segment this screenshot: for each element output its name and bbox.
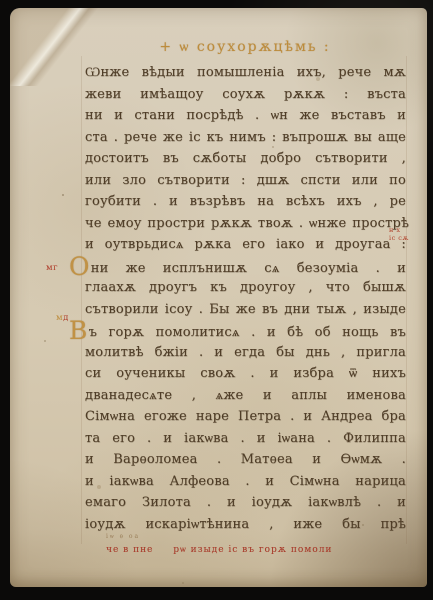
margin-lection-note: н х іс сѫ <box>389 227 409 242</box>
text-line-content: іоудѫ искаріѡтѣнина , иже бы прѣ <box>85 517 406 532</box>
text-line: ни и стани посрѣдѣ . ѡн же въставъ и <box>85 105 406 127</box>
text-line: че емоу простри рѫкѫ твоѫ . ѡнже прострѣ <box>85 213 406 235</box>
text-line: или зло сътворити : дшѫ спсти или по <box>85 170 406 192</box>
section-number-red: д <box>63 313 69 323</box>
text-line-content: и оутврьдисѧ рѫка его іако и дроугаа : <box>85 237 406 252</box>
text-line: Сімѡна егоже наре Петра . и Андреа бра <box>85 406 406 428</box>
margin-section-number: мг <box>46 264 58 272</box>
section-number-text: мг <box>46 263 58 273</box>
rubric-incipit: рѡ изыде іс въ горѫ помоли <box>173 544 332 555</box>
text-line: іоудѫ искаріѡтѣнина , иже бы прѣ <box>85 514 406 536</box>
text-line: и оутврьдисѧ рѫка его іако и дроугаа : <box>85 234 406 256</box>
text-line-content: ни же исплънишѫ сѧ безоуміа . и <box>91 261 406 276</box>
text-line: сътворили ісоу . Бы же въ дни тыѫ , изыд… <box>85 299 406 321</box>
text-line-content: достоитъ въ сѫботы добро сътворити , <box>85 151 406 166</box>
text-line-content: и Варѳоломеа . Матѳеа и Ѳѡмѫ . <box>85 452 406 467</box>
text-line-content: сътворили ісоу . Бы же въ дни тыѫ , изыд… <box>85 302 406 317</box>
text-line: Въ горѫ помолитисѧ . и бѣ об нощь въ <box>85 320 406 342</box>
text-line-content: ни и стани посрѣдѣ . ѡн же въставъ и <box>85 108 406 123</box>
text-line: и іакѡва Алфеова . и Сімѡна нарица <box>85 471 406 493</box>
text-line-content: или зло сътворити : дшѫ спсти или по <box>85 173 406 188</box>
text-line: и Варѳоломеа . Матѳеа и Ѳѡмѫ . <box>85 449 406 471</box>
text-line: емаго Зилота . и іоудѫ іакѡвлѣ . и <box>85 492 406 514</box>
text-line-content: емаго Зилота . и іоудѫ іакѡвлѣ . и <box>85 495 406 510</box>
parchment-stain <box>62 194 64 196</box>
illuminated-initial: В <box>69 316 88 345</box>
ruling-line-left <box>81 56 82 544</box>
rubric-note: че в пне рѡ изыде іс въ горѫ помоли <box>106 544 332 555</box>
text-line: гоубити . и възрѣвъ на всѣхъ ихъ , ре <box>85 191 406 213</box>
text-line-content: ста . рече же іс къ нимъ : въпрошѫ вы ащ… <box>85 130 406 145</box>
text-line-content: и іакѡва Алфеова . и Сімѡна нарица <box>85 474 406 489</box>
text-line-content: молитвѣ бжіи . и егда бы днь , пригла <box>85 345 406 360</box>
text-line-content: си оученикы своѫ . и избра ѿ нихъ <box>85 366 406 381</box>
rubric-lection: че в пне <box>106 545 153 555</box>
text-line-content: Ѡнже вѣдыи помышленіа ихъ, рече мѫ <box>85 65 406 80</box>
text-line: Ѡнже вѣдыи помышленіа ихъ, рече мѫ <box>85 62 406 84</box>
lection-note-line: іс сѫ <box>389 235 409 243</box>
text-line: молитвѣ бжіи . и егда бы днь , пригла <box>85 342 406 364</box>
text-line: достоитъ въ сѫботы добро сътворити , <box>85 148 406 170</box>
text-line: ста . рече же іс къ нимъ : въпрошѫ вы ащ… <box>85 127 406 149</box>
text-line-content: Сімѡна егоже наре Петра . и Андреа бра <box>85 409 406 424</box>
text-line: Они же исплънишѫ сѧ безоуміа . и <box>85 256 406 278</box>
manuscript-photo: + ѡ соухорѫцѣмь : Ѡнже вѣдыи помышленіа … <box>0 0 433 600</box>
interlinear-gloss: іѡ ѳ оа <box>106 533 140 540</box>
text-line-content: жеви имѣащоу соухѫ рѫкѫ : въста <box>85 87 406 102</box>
text-line-content: гоубити . и възрѣвъ на всѣхъ ихъ , ре <box>85 194 406 209</box>
margin-section-number: мд <box>56 314 69 322</box>
text-line: жеви имѣащоу соухѫ рѫкѫ : въста <box>85 84 406 106</box>
page-heading: + ѡ соухорѫцѣмь : <box>85 39 405 56</box>
text-line-content: глаахѫ дроугъ къ дроугоу , что бышѫ <box>85 280 406 295</box>
text-block: Ѡнже вѣдыи помышленіа ихъ, рече мѫ жеви … <box>85 62 406 535</box>
text-line-content: дванадесѧте , ѧже и аплы именова <box>85 388 406 403</box>
text-line: та его . и іакѡва . и іѡана . Филиппа <box>85 428 406 450</box>
ruling-line-right <box>406 56 407 544</box>
text-line-content: че емоу простри рѫкѫ твоѫ . ѡнже прострѣ <box>85 216 409 231</box>
text-line: си оученикы своѫ . и избра ѿ нихъ <box>85 363 406 385</box>
text-line-content: та его . и іакѡва . и іѡана . Филиппа <box>85 431 406 446</box>
text-line-content: ъ горѫ помолитисѧ . и бѣ об нощь въ <box>89 325 406 340</box>
manuscript-page: + ѡ соухорѫцѣмь : Ѡнже вѣдыи помышленіа … <box>10 8 427 587</box>
text-line: дванадесѧте , ѧже и аплы именова <box>85 385 406 407</box>
text-line: глаахѫ дроугъ къ дроугоу , что бышѫ <box>85 277 406 299</box>
